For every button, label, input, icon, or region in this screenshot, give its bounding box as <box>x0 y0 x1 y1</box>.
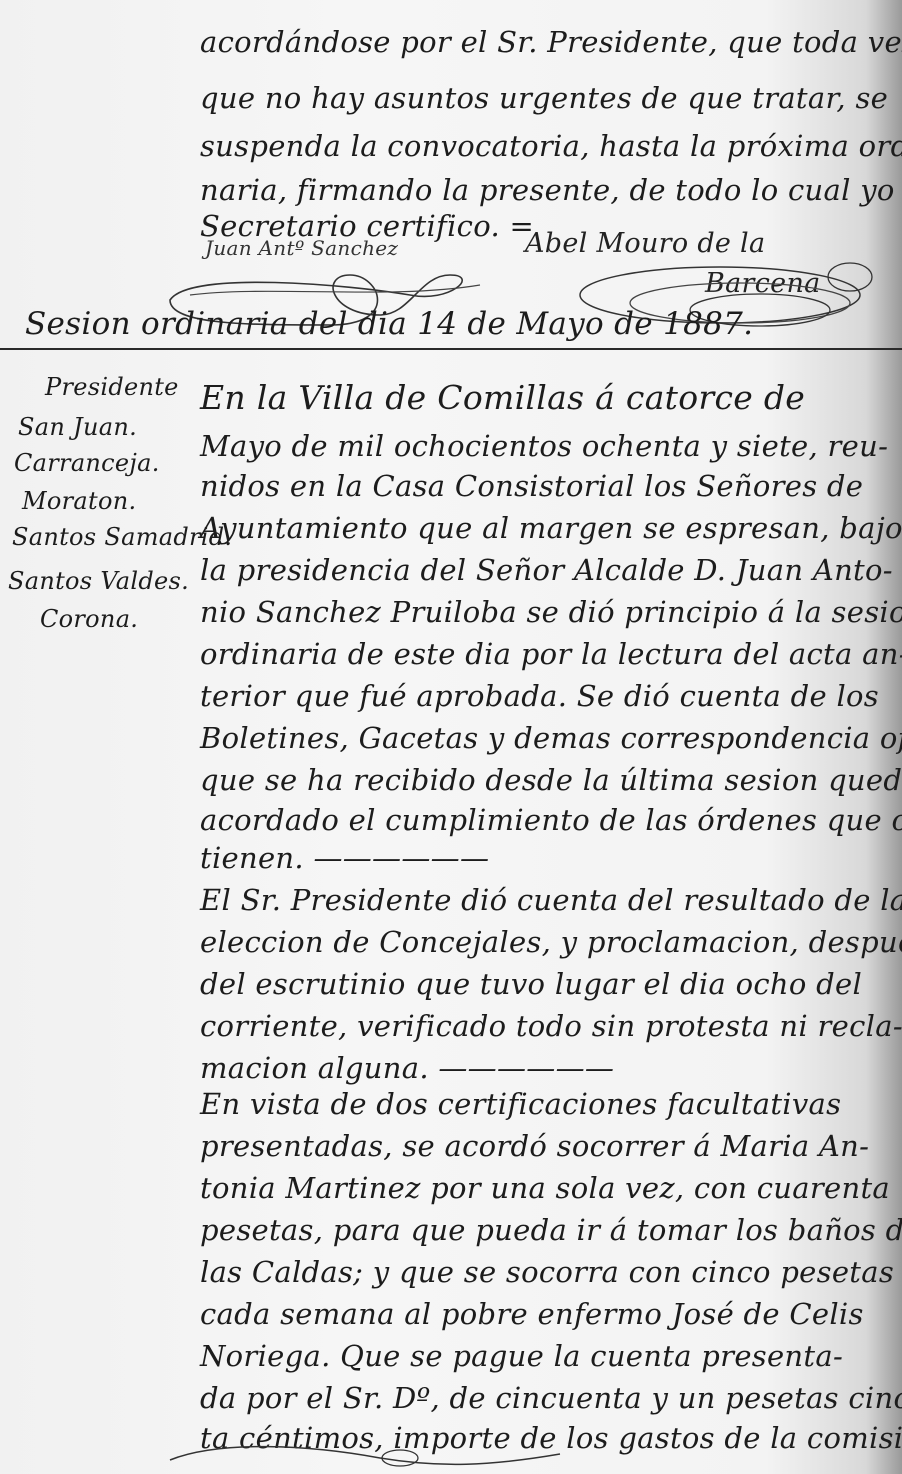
text-line: nidos en la Casa Consistorial los Señore… <box>200 466 863 506</box>
text-line: El Sr. Presidente dió cuenta del resulta… <box>200 880 902 920</box>
margin-name: Moraton. <box>22 486 136 516</box>
text-line: ordinaria de este dia por la lectura del… <box>200 634 902 674</box>
text-line: la presidencia del Señor Alcalde D. Juan… <box>200 550 893 590</box>
manuscript-page: acordándose por el Sr. Presidente, que t… <box>0 0 902 1474</box>
text-line: las Caldas; y que se socorra con cinco p… <box>200 1252 894 1292</box>
text-line: que se ha recibido desde la última sesio… <box>200 760 902 800</box>
text-line: terior que fué aprobada. Se dió cuenta d… <box>200 676 879 716</box>
text-line: Boletines, Gacetas y demas correspondenc… <box>200 718 902 758</box>
text-line: acordado el cumplimiento de las órdenes … <box>200 800 902 840</box>
text-line: Noriega. Que se pague la cuenta presenta… <box>200 1336 843 1376</box>
text-line: suspenda la convocatoria, hasta la próxi… <box>200 126 902 166</box>
text-line: acordándose por el Sr. Presidente, que t… <box>200 22 902 62</box>
margin-name: Carranceja. <box>14 448 160 478</box>
text-line: que no hay asuntos urgentes de que trata… <box>200 78 888 118</box>
header-rule <box>0 348 902 350</box>
margin-name: Corona. <box>40 604 138 634</box>
text-line: eleccion de Concejales, y proclamacion, … <box>200 922 902 962</box>
text-line: tienen. —————— <box>200 838 489 878</box>
text-line: tonia Martinez por una sola vez, con cua… <box>200 1168 890 1208</box>
text-line: Ayuntamiento que al margen se espresan, … <box>200 508 902 548</box>
text-line: En vista de dos certificaciones facultat… <box>200 1084 841 1124</box>
session-header: Sesion ordinaria del dia 14 de Mayo de 1… <box>25 306 753 342</box>
text-line: Mayo de mil ochocientos ochenta y siete,… <box>200 426 888 466</box>
text-line: pesetas, para que pueda ir á tomar los b… <box>200 1210 902 1250</box>
bottom-flourish-icon <box>160 1440 580 1474</box>
margin-name: Santos Valdes. <box>8 566 189 596</box>
text-line: presentadas, se acordó socorrer á Maria … <box>200 1126 869 1166</box>
margin-name: San Juan. <box>18 412 137 442</box>
text-line: da por el Sr. Dº, de cincuenta y un pese… <box>200 1378 902 1418</box>
text-line: macion alguna. —————— <box>200 1048 614 1088</box>
text-line: naria, firmando la presente, de todo lo … <box>200 170 902 210</box>
text-line: En la Villa de Comillas á catorce de <box>200 378 805 418</box>
text-line: cada semana al pobre enfermo José de Cel… <box>200 1294 864 1334</box>
text-line: nio Sanchez Pruiloba se dió principio á … <box>200 592 902 632</box>
text-line: corriente, verificado todo sin protesta … <box>200 1006 902 1046</box>
margin-name: Presidente <box>45 372 179 402</box>
text-line: del escrutinio que tuvo lugar el dia och… <box>200 964 862 1004</box>
